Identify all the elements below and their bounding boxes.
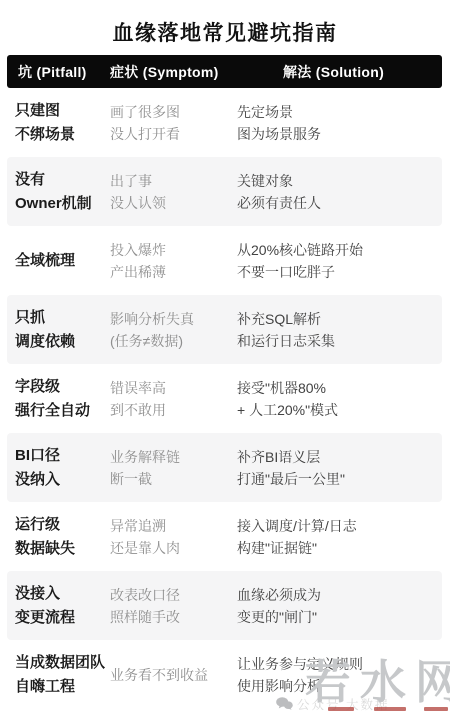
- symptom-cell: 业务看不到收益: [110, 664, 237, 686]
- pitfall-cell: 全域梳理: [15, 249, 110, 273]
- symptom-cell: 影响分析失真 (任务≠数据): [110, 308, 237, 352]
- table-row: 没接入 变更流程 改表改口径 照样随手改 血缘必须成为 变更的"闸门": [7, 571, 442, 640]
- page: 血缘落地常见避坑指南 坑 (Pitfall) 症状 (Symptom) 解法 (…: [0, 0, 450, 725]
- table-row: BI口径 没纳入 业务解释链 断一截 补齐BI语义层 打通"最后一公里": [7, 433, 442, 502]
- table-row: 运行级 数据缺失 异常追溯 还是靠人肉 接入调度/计算/日志 构建"证据链": [7, 502, 442, 571]
- solution-cell: 从20%核心链路开始 不要一口吃胖子: [237, 239, 442, 283]
- pitfall-cell: BI口径 没纳入: [15, 444, 110, 492]
- solution-cell: 关键对象 必须有责任人: [237, 170, 442, 214]
- watermark-red-mark: [328, 707, 354, 711]
- table-row: 只抓 调度依赖 影响分析失真 (任务≠数据) 补充SQL解析 和运行日志采集: [7, 295, 442, 364]
- pitfall-cell: 没有 Owner机制: [15, 168, 110, 216]
- solution-cell: 先定场景 图为场景服务: [237, 101, 442, 145]
- solution-cell: 补充SQL解析 和运行日志采集: [237, 308, 442, 352]
- symptom-cell: 异常追溯 还是靠人肉: [110, 515, 237, 559]
- pitfall-cell: 运行级 数据缺失: [15, 513, 110, 561]
- header-solution: 解法 (Solution): [283, 62, 442, 82]
- pitfall-cell: 没接入 变更流程: [15, 582, 110, 630]
- symptom-cell: 投入爆炸 产出稀薄: [110, 239, 237, 283]
- symptom-cell: 错误率高 到不敢用: [110, 377, 237, 421]
- solution-cell: 接受"机器80% + 人工20%"模式: [237, 377, 442, 421]
- solution-cell: 接入调度/计算/日志 构建"证据链": [237, 515, 442, 559]
- pitfall-cell: 当成数据团队 自嗨工程: [15, 651, 110, 699]
- table-row: 字段级 强行全自动 错误率高 到不敢用 接受"机器80% + 人工20%"模式: [7, 364, 442, 433]
- symptom-cell: 业务解释链 断一截: [110, 446, 237, 490]
- table-row: 全域梳理 投入爆炸 产出稀薄 从20%核心链路开始 不要一口吃胖子: [7, 226, 442, 295]
- wechat-icon: [276, 697, 293, 710]
- watermark-red-mark: [374, 707, 406, 711]
- solution-cell: 补齐BI语义层 打通"最后一公里": [237, 446, 442, 490]
- pitfall-cell: 字段级 强行全自动: [15, 375, 110, 423]
- solution-cell: 血缘必须成为 变更的"闸门": [237, 584, 442, 628]
- table-header-row: 坑 (Pitfall) 症状 (Symptom) 解法 (Solution): [7, 55, 442, 88]
- symptom-cell: 出了事 没人认领: [110, 170, 237, 214]
- watermark-logo-text: 若水网: [305, 657, 450, 707]
- table-row: 没有 Owner机制 出了事 没人认领 关键对象 必须有责任人: [7, 157, 442, 226]
- table-row: 只建图 不绑场景 画了很多图 没人打开看 先定场景 图为场景服务: [7, 88, 442, 157]
- header-symptom: 症状 (Symptom): [110, 62, 283, 82]
- header-pitfall: 坑 (Pitfall): [18, 62, 110, 82]
- watermark-red-mark: [424, 707, 448, 711]
- page-title: 血缘落地常见避坑指南: [0, 17, 450, 47]
- pitfall-table: 坑 (Pitfall) 症状 (Symptom) 解法 (Solution) 只…: [7, 55, 442, 709]
- pitfall-cell: 只建图 不绑场景: [15, 99, 110, 147]
- pitfall-cell: 只抓 调度依赖: [15, 306, 110, 354]
- symptom-cell: 改表改口径 照样随手改: [110, 584, 237, 628]
- symptom-cell: 画了很多图 没人打开看: [110, 101, 237, 145]
